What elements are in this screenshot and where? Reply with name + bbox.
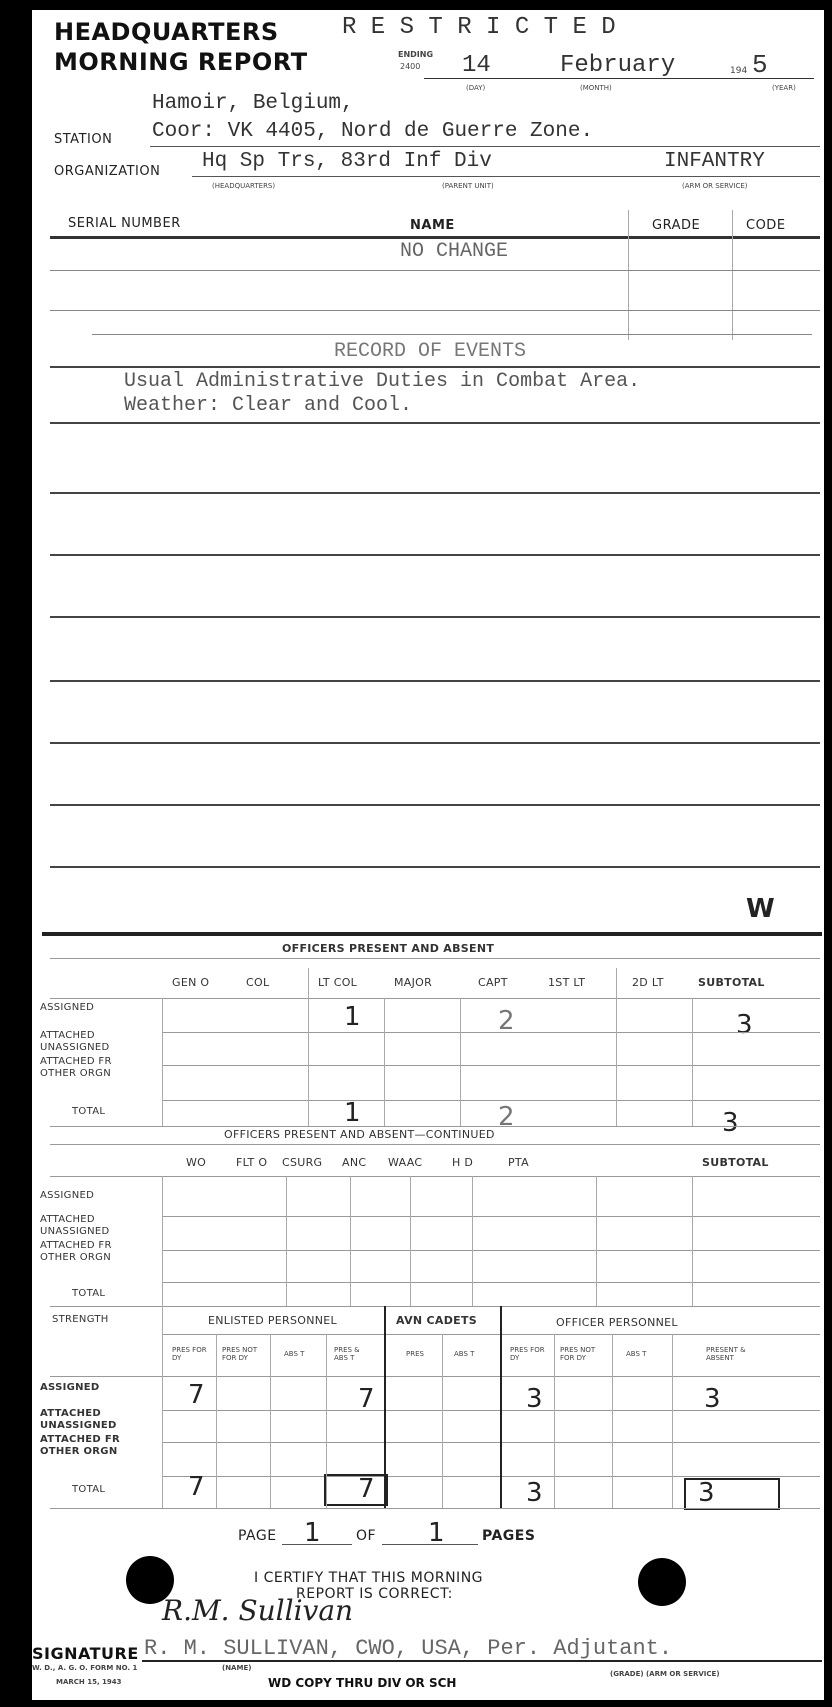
sub-enl-pres-for-dy: PRES FOR DY bbox=[172, 1346, 216, 1362]
event-line-1: Usual Administrative Duties in Combat Ar… bbox=[124, 370, 640, 393]
strength-row-total: TOTAL bbox=[72, 1484, 105, 1495]
enl-assigned-pres-for-dy: 7 bbox=[188, 1380, 205, 1410]
officers-assigned-subtotal: 3 bbox=[736, 1010, 753, 1040]
officers-row-total: TOTAL bbox=[72, 1106, 105, 1117]
enl-total-pres-for-dy: 7 bbox=[188, 1472, 205, 1502]
officers-col-lt-col: LT COL bbox=[318, 976, 357, 989]
sub-avn-abs-t: ABS T bbox=[454, 1350, 474, 1358]
morning-report-form: HEADQUARTERS R E S T R I C T E D MORNING… bbox=[32, 10, 824, 1700]
officers-col-gen-o: GEN O bbox=[172, 976, 209, 989]
col-serial-number: SERIAL NUMBER bbox=[68, 216, 181, 231]
record-of-events-heading: RECORD OF EVENTS bbox=[334, 340, 526, 363]
group-officer-personnel: OFFICER PERSONNEL bbox=[556, 1316, 678, 1329]
col-code: CODE bbox=[746, 218, 786, 233]
cont-col-hd: H D bbox=[452, 1156, 473, 1169]
station-line1: Hamoir, Belgium, bbox=[152, 92, 354, 115]
off-total-pres-for-dy: 3 bbox=[526, 1478, 543, 1508]
cont-col-subtotal: SUBTOTAL bbox=[702, 1156, 769, 1169]
cont-col-pta: PTA bbox=[508, 1156, 529, 1169]
station-label: STATION bbox=[54, 132, 112, 147]
caption-name: (NAME) bbox=[222, 1664, 251, 1672]
roster-entry: NO CHANGE bbox=[400, 240, 508, 263]
sub-enl-pres-abs-t: PRES & ABS T bbox=[334, 1346, 374, 1362]
report-year: 5 bbox=[752, 50, 768, 80]
form-number: W. D., A. G. O. FORM NO. 1 bbox=[32, 1664, 137, 1672]
sub-enl-abs-t: ABS T bbox=[284, 1350, 304, 1358]
officers-assigned-lt-col: 1 bbox=[344, 1002, 361, 1032]
cont-col-waac: WAAC bbox=[388, 1156, 422, 1169]
ending-time: 2400 bbox=[400, 62, 420, 71]
copy-stamp: WD COPY THRU DIV OR SCH bbox=[268, 1676, 456, 1690]
col-grade: GRADE bbox=[652, 218, 700, 233]
sub-off-present-absent: PRESENT & ABSENT bbox=[706, 1346, 756, 1362]
officers-col-subtotal: SUBTOTAL bbox=[698, 976, 765, 989]
restricted-stamp: R E S T R I C T E D bbox=[342, 14, 616, 41]
year-caption: (YEAR) bbox=[772, 84, 796, 92]
officers-col-capt: CAPT bbox=[478, 976, 508, 989]
cont-col-csurg: CSURG bbox=[282, 1156, 322, 1169]
caption-arm: (ARM OR SERVICE) bbox=[682, 182, 748, 190]
cont-col-anc: ANC bbox=[342, 1156, 366, 1169]
enl-total-pres-abs-t: 7 bbox=[358, 1474, 375, 1504]
sub-off-pres-for-dy: PRES FOR DY bbox=[510, 1346, 550, 1362]
officers-col-major: MAJOR bbox=[394, 976, 432, 989]
of-label: OF bbox=[356, 1528, 376, 1544]
page-label: PAGE bbox=[238, 1528, 277, 1544]
binder-hole-right bbox=[638, 1558, 686, 1606]
group-enlisted: ENLISTED PERSONNEL bbox=[208, 1314, 337, 1327]
officers-continued-title: OFFICERS PRESENT AND ABSENT—CONTINUED bbox=[224, 1128, 495, 1141]
officers-total-capt: 2 bbox=[498, 1102, 515, 1132]
off-total-present-absent: 3 bbox=[698, 1478, 715, 1508]
month-caption: (MONTH) bbox=[580, 84, 612, 92]
report-day: 14 bbox=[462, 52, 491, 79]
station-line2: Coor: VK 4405, Nord de Guerre Zone. bbox=[152, 120, 593, 143]
col-name: NAME bbox=[410, 218, 455, 233]
sub-off-abs-t: ABS T bbox=[626, 1350, 646, 1358]
strength-row-attached-other: ATTACHED FR OTHER ORGN bbox=[40, 1434, 150, 1458]
enl-total-box bbox=[324, 1474, 388, 1506]
title-morning-report: MORNING REPORT bbox=[54, 48, 308, 76]
officers-col-2d-lt: 2D LT bbox=[632, 976, 664, 989]
arm-of-service: INFANTRY bbox=[664, 150, 765, 173]
organization-value: Hq Sp Trs, 83rd Inf Div bbox=[202, 150, 492, 173]
handwritten-signature: R.M. Sullivan bbox=[162, 1594, 353, 1627]
caption-grade: (GRADE) (ARM OR SERVICE) bbox=[610, 1670, 720, 1678]
reviewer-initial: W bbox=[746, 894, 775, 924]
sub-enl-pres-not-for-dy: PRES NOT FOR DY bbox=[222, 1346, 266, 1362]
organization-label: ORGANIZATION bbox=[54, 164, 160, 179]
event-line-2: Weather: Clear and Cool. bbox=[124, 394, 412, 417]
caption-headquarters: (HEADQUARTERS) bbox=[212, 182, 275, 190]
officers-row-attached-unassigned: ATTACHED UNASSIGNED bbox=[40, 1030, 150, 1054]
cont-row-assigned: ASSIGNED bbox=[40, 1190, 94, 1201]
strength-row-assigned: ASSIGNED bbox=[40, 1382, 100, 1393]
officers-total-subtotal: 3 bbox=[722, 1108, 739, 1138]
officers-row-assigned: ASSIGNED bbox=[40, 1002, 94, 1013]
cont-col-flt-o: FLT O bbox=[236, 1156, 267, 1169]
year-prefix: 194 bbox=[730, 66, 747, 76]
form-date: MARCH 15, 1943 bbox=[56, 1678, 122, 1686]
officers-title: OFFICERS PRESENT AND ABSENT bbox=[282, 942, 494, 955]
report-month: February bbox=[560, 52, 675, 79]
cont-row-attached-other: ATTACHED FR OTHER ORGN bbox=[40, 1240, 150, 1264]
officers-row-attached-other: ATTACHED FR OTHER ORGN bbox=[40, 1056, 150, 1080]
officers-col-1st-lt: 1ST LT bbox=[548, 976, 585, 989]
pages-label: PAGES bbox=[482, 1528, 535, 1544]
cont-row-total: TOTAL bbox=[72, 1288, 105, 1299]
title-headquarters: HEADQUARTERS bbox=[54, 18, 279, 46]
cont-col-wo: WO bbox=[186, 1156, 206, 1169]
officers-col-col: COL bbox=[246, 976, 269, 989]
page-number: 1 bbox=[304, 1518, 321, 1548]
page-total: 1 bbox=[428, 1518, 445, 1548]
sub-avn-pres: PRES bbox=[406, 1350, 424, 1358]
sub-off-pres-not-for-dy: PRES NOT FOR DY bbox=[560, 1346, 606, 1362]
officers-total-lt-col: 1 bbox=[344, 1098, 361, 1128]
ending-label: ENDING bbox=[398, 50, 433, 59]
group-avn-cadets: AVN CADETS bbox=[396, 1314, 477, 1327]
caption-parent-unit: (PARENT UNIT) bbox=[442, 182, 494, 190]
signature-label: SIGNATURE bbox=[32, 1644, 139, 1663]
typed-signature: R. M. SULLIVAN, CWO, USA, Per. Adjutant. bbox=[144, 1636, 672, 1661]
strength-row-attached-unassigned: ATTACHED UNASSIGNED bbox=[40, 1408, 150, 1432]
strength-label: STRENGTH bbox=[52, 1314, 109, 1325]
day-caption: (DAY) bbox=[466, 84, 485, 92]
cont-row-attached-unassigned: ATTACHED UNASSIGNED bbox=[40, 1214, 150, 1238]
certify-line1: I CERTIFY THAT THIS MORNING bbox=[254, 1570, 483, 1586]
